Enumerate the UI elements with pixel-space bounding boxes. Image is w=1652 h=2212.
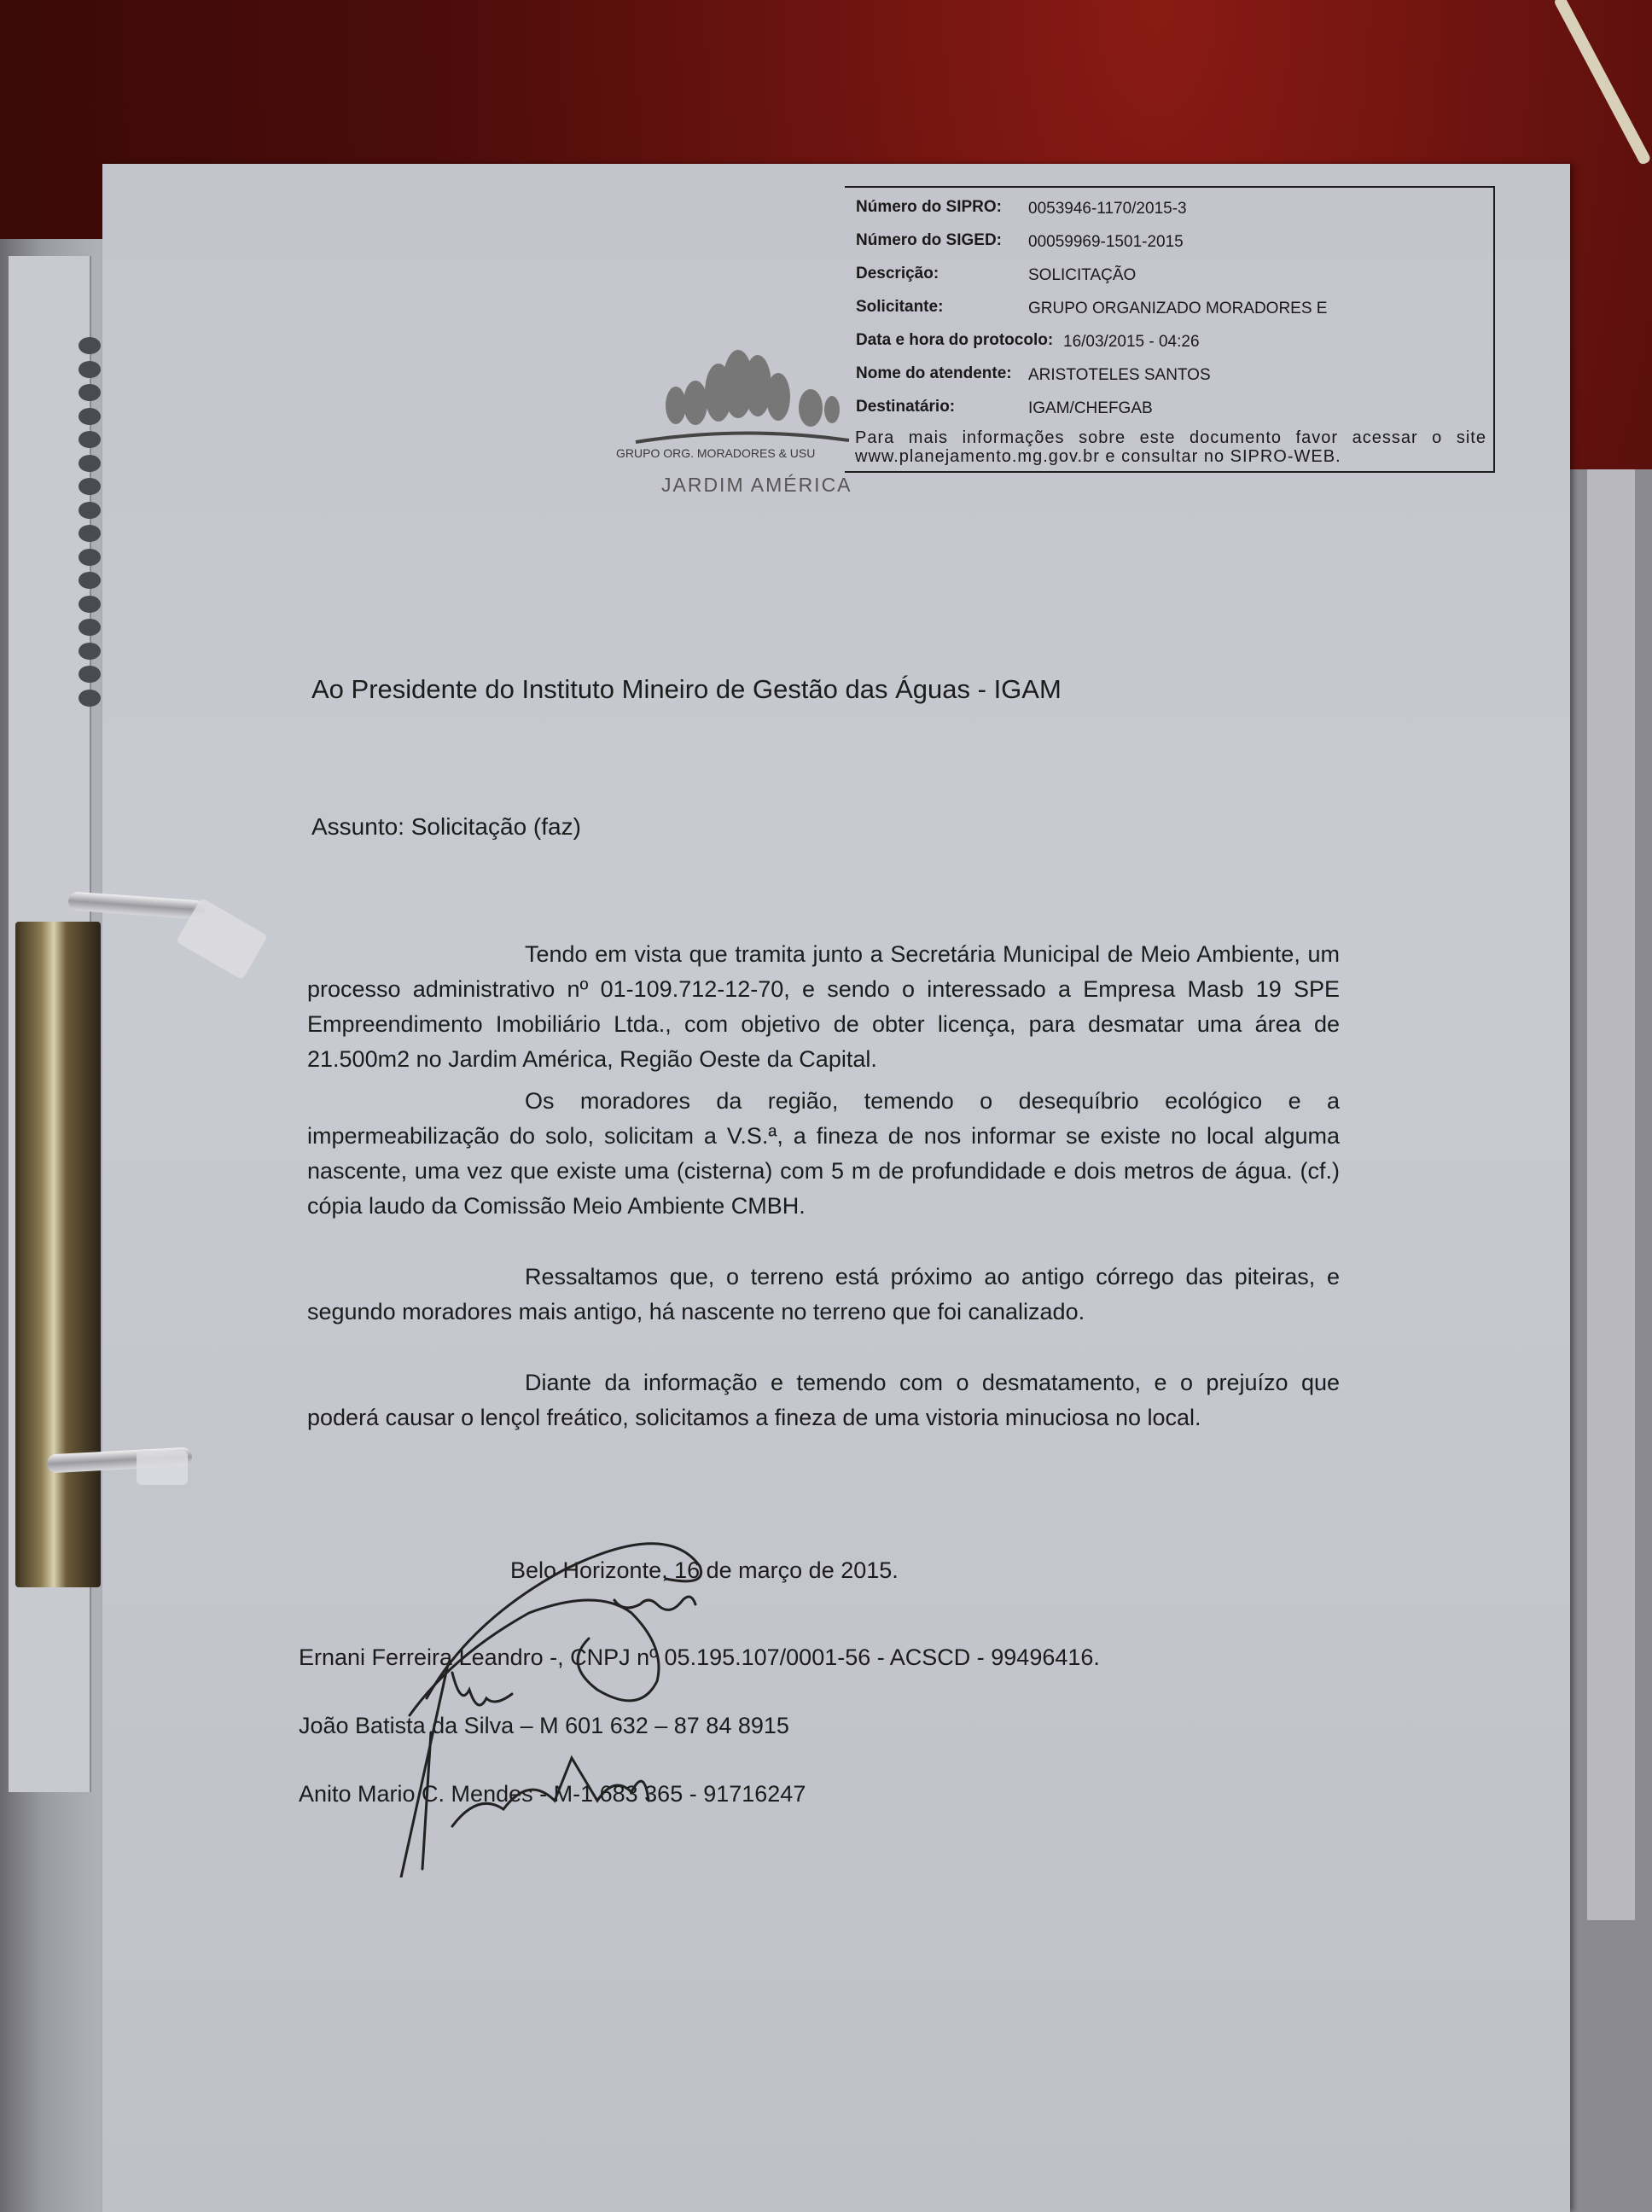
signer-1: Ernani Ferreira Leandro -, CNPJ nº 05.19… <box>299 1623 1100 1691</box>
logo-name: JARDIM AMÉRICA <box>661 474 852 497</box>
signer-2: João Batista da Silva – M 601 632 – 87 8… <box>299 1691 1100 1760</box>
destinatario-label: Destinatário: <box>856 398 955 416</box>
paragraph-4: Diante da informação e temendo com o des… <box>307 1365 1340 1435</box>
punch-hole <box>79 690 101 707</box>
punch-hole <box>79 408 101 425</box>
punch-hole <box>79 337 101 354</box>
descricao-value: SOLICITAÇÃO <box>1028 266 1136 285</box>
letter-subject: Assunto: Solicitação (faz) <box>311 813 581 841</box>
punch-hole <box>79 572 101 589</box>
siged-number: 00059969-1501-2015 <box>1028 233 1184 252</box>
solicitante-label: Solicitante: <box>856 298 943 316</box>
punch-hole <box>79 384 101 401</box>
atendente-value: ARISTOTELES SANTOS <box>1028 366 1211 385</box>
place-date: Belo Horizonte, 16 de março de 2015. <box>510 1557 899 1584</box>
protocol-info-line2: www.planejamento.mg.gov.br e consultar n… <box>855 447 1486 466</box>
pencil-stick <box>1553 0 1652 166</box>
sipro-number: 0053946-1170/2015-3 <box>1028 200 1187 218</box>
protocol-datetime-label: Data e hora do protocolo: <box>856 331 1053 349</box>
paragraph-2: Os moradores da região, temendo o desequ… <box>307 1084 1340 1224</box>
punch-hole <box>79 361 101 378</box>
binder-clip-plate <box>15 922 101 1587</box>
punch-hole <box>79 478 101 495</box>
solicitante-value: GRUPO ORGANIZADO MORADORES E <box>1028 300 1327 318</box>
tape-bottom <box>137 1451 188 1485</box>
letter-body: Tendo em vista que tramita junto a Secre… <box>307 937 1340 1435</box>
punch-hole <box>79 619 101 636</box>
card-right <box>1587 469 1635 1920</box>
protocol-stamp: Número do SIPRO: 0053946-1170/2015-3 Núm… <box>845 186 1495 473</box>
punch-hole <box>79 596 101 613</box>
punch-hole <box>79 666 101 683</box>
descricao-label: Descrição: <box>856 265 939 282</box>
punch-hole <box>79 549 101 566</box>
signers-list: Ernani Ferreira Leandro -, CNPJ nº 05.19… <box>299 1623 1100 1828</box>
protocol-info-line1: Para mais informações sobre este documen… <box>855 428 1486 447</box>
signer-3: Anito Mario C. Mendes - M-1 683 365 - 91… <box>299 1760 1100 1828</box>
sipro-label: Número do SIPRO: <box>856 198 1002 216</box>
punch-hole <box>79 525 101 542</box>
atendente-label: Nome do atendente: <box>856 364 1012 382</box>
protocol-datetime-value: 16/03/2015 - 04:26 <box>1063 333 1200 352</box>
paragraph-3: Ressaltamos que, o terreno está próximo … <box>307 1260 1340 1330</box>
punch-hole <box>79 502 101 519</box>
punch-hole <box>79 455 101 472</box>
punch-hole <box>79 431 101 448</box>
paragraph-1: Tendo em vista que tramita junto a Secre… <box>307 937 1340 1077</box>
siged-label: Número do SIGED: <box>856 231 1002 249</box>
punch-hole <box>79 643 101 660</box>
destinatario-value: IGAM/CHEFGAB <box>1028 399 1153 418</box>
letter-addressee: Ao Presidente do Instituto Mineiro de Ge… <box>311 674 1062 705</box>
protocol-info: Para mais informações sobre este documen… <box>855 428 1486 466</box>
logo-org-line: GRUPO ORG. MORADORES & USU <box>616 446 815 460</box>
